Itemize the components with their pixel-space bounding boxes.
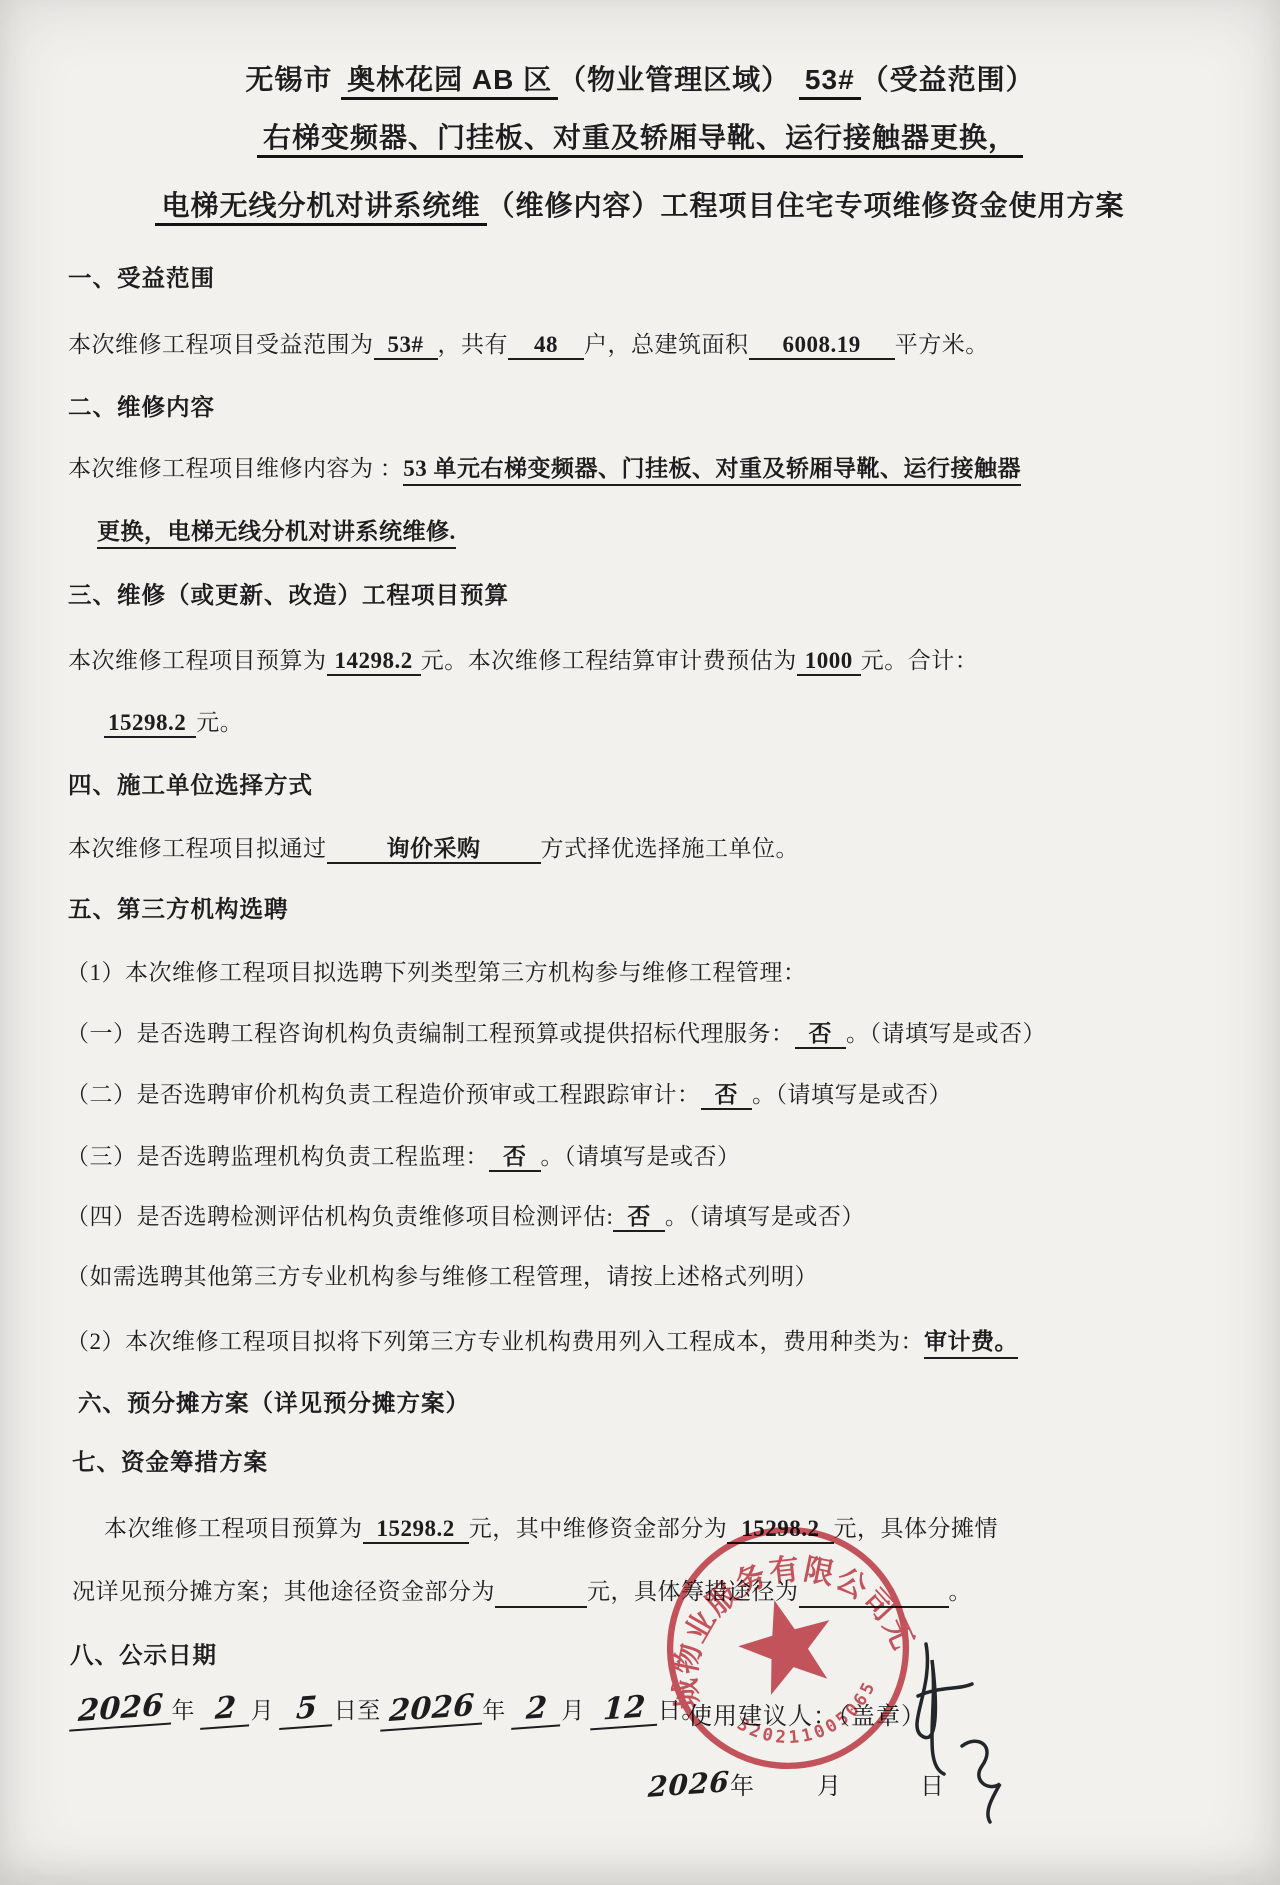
section8-date-line: 2026年 2月 5日至2026年 2月 12日。: [70, 1694, 705, 1728]
title-estate-fill: 奥林花园 AB 区: [341, 64, 558, 100]
official-seal-stamp: 城物业服务有限公司无锡分公司 3202110050651: [652, 1512, 924, 1784]
publicity-end-year: 2026: [380, 1690, 483, 1731]
title-content-fill-b: 电梯无线分机对讲系统维: [155, 190, 486, 226]
s5-p2-pre: （2）本次维修工程项目拟将下列第三方专业机构费用列入工程成本，费用种类为：: [66, 1329, 924, 1354]
s3-m2: 元。合计：: [861, 648, 979, 673]
doc-title-line-3: 电梯无线分机对讲系统维（维修内容）工程项目住宅专项维修资金使用方案: [0, 184, 1280, 224]
s7-budget-value: 15298.2: [363, 1516, 469, 1544]
title-mid: （物业管理区域）: [558, 64, 799, 95]
section5-question4: （四）是否选聘检测评估机构负责维修项目检测评估:否。（请填写是或否）: [66, 1201, 865, 1233]
title-content-fill-a: 右梯变频器、门挂板、对重及轿厢导靴、运行接触器更换，: [257, 122, 1023, 158]
s8-year-label-1: 年: [172, 1698, 196, 1723]
s3-audit-fee-value: 1000: [797, 648, 861, 676]
s3-budget-value: 14298.2: [327, 648, 421, 676]
section3-paragraph-line2: 15298.2元。: [104, 707, 243, 739]
s5-q1-end: 。（请填写是或否）: [846, 1021, 1046, 1046]
s7-other-fund-blank: [495, 1580, 587, 1608]
section3-paragraph-line1: 本次维修工程项目预算为14298.2元。本次维修工程结算审计费预估为1000元。…: [68, 645, 978, 677]
s1-pre: 本次维修工程项目受益范围为: [68, 332, 374, 357]
section5-intro: （1）本次维修工程项目拟选聘下列类型第三方机构参与维修工程管理：: [66, 957, 807, 989]
section5-note: （如需选聘其他第三方专业机构参与维修工程管理，请按上述格式列明）: [66, 1261, 818, 1293]
s1-end: 平方米。: [895, 332, 989, 357]
s8-mid-label: 日至: [334, 1698, 381, 1723]
section6-heading: 六、预分摊方案（详见预分摊方案）: [78, 1388, 470, 1420]
s7-l2-pre: 况详见预分摊方案；其他途径资金部分为: [72, 1579, 495, 1604]
s1-area-value: 6008.19: [749, 332, 895, 360]
section1-heading: 一、受益范围: [68, 263, 215, 295]
s3-end: 元。: [196, 710, 243, 735]
section5-question1: （一）是否选聘工程咨询机构负责编制工程预算或提供招标代理服务：否。（请填写是或否…: [66, 1018, 1046, 1050]
section8-heading: 八、公示日期: [70, 1640, 217, 1672]
section2-heading: 二、维修内容: [68, 392, 215, 424]
title-suffix: （维修内容）工程项目住宅专项维修资金使用方案: [487, 190, 1125, 221]
section3-heading: 三、维修（或更新、改造）工程项目预算: [68, 580, 509, 612]
s1-households-value: 48: [508, 332, 584, 360]
title-city: 无锡市: [245, 64, 341, 95]
section2-paragraph-line1: 本次维修工程项目维修内容为 ：53 单元右梯变频器、门挂板、对重及轿厢导靴、运行…: [68, 453, 1021, 485]
s1-m2: 户，总建筑面积: [584, 332, 749, 357]
s3-total-value: 15298.2: [104, 710, 196, 738]
publicity-end-month: 2: [511, 1692, 562, 1730]
title-scope-label: （受益范围）: [861, 64, 1035, 95]
signature-svg: [888, 1636, 1018, 1836]
s4-end: 方式择优选择施工单位。: [541, 836, 800, 861]
s5-q2-pre: （二）是否选聘审价机构负责工程造价预审或工程跟踪审计：: [66, 1082, 701, 1107]
s5-q4-end: 。（请填写是或否）: [665, 1204, 865, 1229]
section4-heading: 四、施工单位选择方式: [68, 770, 313, 802]
s2-pre: 本次维修工程项目维修内容为 ：: [68, 456, 403, 481]
s1-m1: ，共有: [438, 332, 509, 357]
s7-end: 。: [949, 1579, 973, 1604]
s5-q3-end: 。（请填写是或否）: [541, 1144, 741, 1169]
s5-q2-answer: 否: [701, 1082, 753, 1110]
s2-content-value-line2: 更换，电梯无线分机对讲系统维修.: [97, 519, 456, 549]
publicity-end-day: 12: [590, 1692, 658, 1731]
s3-m1: 元。本次维修工程结算审计费预估为: [421, 648, 797, 673]
s7-pre: 本次维修工程项目预算为: [104, 1516, 363, 1541]
s8-month-label-1: 月: [251, 1698, 275, 1723]
section5-question3: （三）是否选聘监理机构负责工程监理：否。（请填写是或否）: [66, 1141, 741, 1173]
s5-q4-pre: （四）是否选聘检测评估机构负责维修项目检测评估:: [66, 1204, 613, 1229]
scanned-document-page: 无锡市 奥林花园 AB 区（物业管理区域） 53#（受益范围） 右梯变频器、门挂…: [0, 0, 1280, 1885]
signature-stroke-1: [917, 1644, 944, 1774]
section5-question2: （二）是否选聘审价机构负责工程造价预审或工程跟踪审计：否。（请填写是或否）: [66, 1079, 952, 1111]
official-seal-svg: 城物业服务有限公司无锡分公司 3202110050651: [652, 1512, 924, 1784]
s5-q4-answer: 否: [613, 1204, 665, 1232]
s2-content-value-line1: 53 单元右梯变频器、门挂板、对重及轿厢导靴、运行接触器: [403, 456, 1021, 486]
section2-paragraph-line2: 更换，电梯无线分机对讲系统维修.: [97, 516, 456, 548]
section1-paragraph: 本次维修工程项目受益范围为53#，共有48户，总建筑面积6008.19平方米。: [68, 329, 989, 361]
section5-heading: 五、第三方机构选聘: [68, 894, 289, 926]
title-building-fill: 53#: [799, 64, 861, 100]
s5-fee-type-value: 审计费。: [924, 1329, 1018, 1359]
doc-title-line-1: 无锡市 奥林花园 AB 区（物业管理区域） 53#（受益范围）: [0, 58, 1280, 98]
publicity-start-year: 2026: [69, 1690, 172, 1731]
s5-q1-pre: （一）是否选聘工程咨询机构负责编制工程预算或提供招标代理服务：: [66, 1021, 795, 1046]
section5-paragraph2: （2）本次维修工程项目拟将下列第三方专业机构费用列入工程成本，费用种类为：审计费…: [66, 1326, 1018, 1358]
s3-pre: 本次维修工程项目预算为: [68, 648, 327, 673]
publicity-start-month: 2: [200, 1692, 251, 1730]
s5-q3-answer: 否: [489, 1144, 541, 1172]
s1-scope-value: 53#: [374, 332, 438, 360]
seal-star-icon: [729, 1587, 845, 1700]
s5-q2-end: 。（请填写是或否）: [752, 1082, 952, 1107]
section7-heading: 七、资金筹措方案: [72, 1447, 268, 1479]
s5-q3-pre: （三）是否选聘监理机构负责工程监理：: [66, 1144, 489, 1169]
s8-year-label-2: 年: [482, 1698, 506, 1723]
section4-paragraph: 本次维修工程项目拟通过询价采购方式择优选择施工单位。: [68, 833, 799, 865]
publicity-start-day: 5: [280, 1692, 335, 1730]
signature-stroke-3: [962, 1741, 1000, 1822]
doc-title-line-2: 右梯变频器、门挂板、对重及轿厢导靴、运行接触器更换，: [0, 116, 1280, 156]
s4-procurement-method-value: 询价采购: [327, 836, 541, 864]
s8-month-label-2: 月: [561, 1698, 585, 1723]
s5-q1-answer: 否: [795, 1021, 847, 1049]
s4-pre: 本次维修工程项目拟通过: [68, 836, 327, 861]
signature-scribble: [888, 1636, 1018, 1836]
